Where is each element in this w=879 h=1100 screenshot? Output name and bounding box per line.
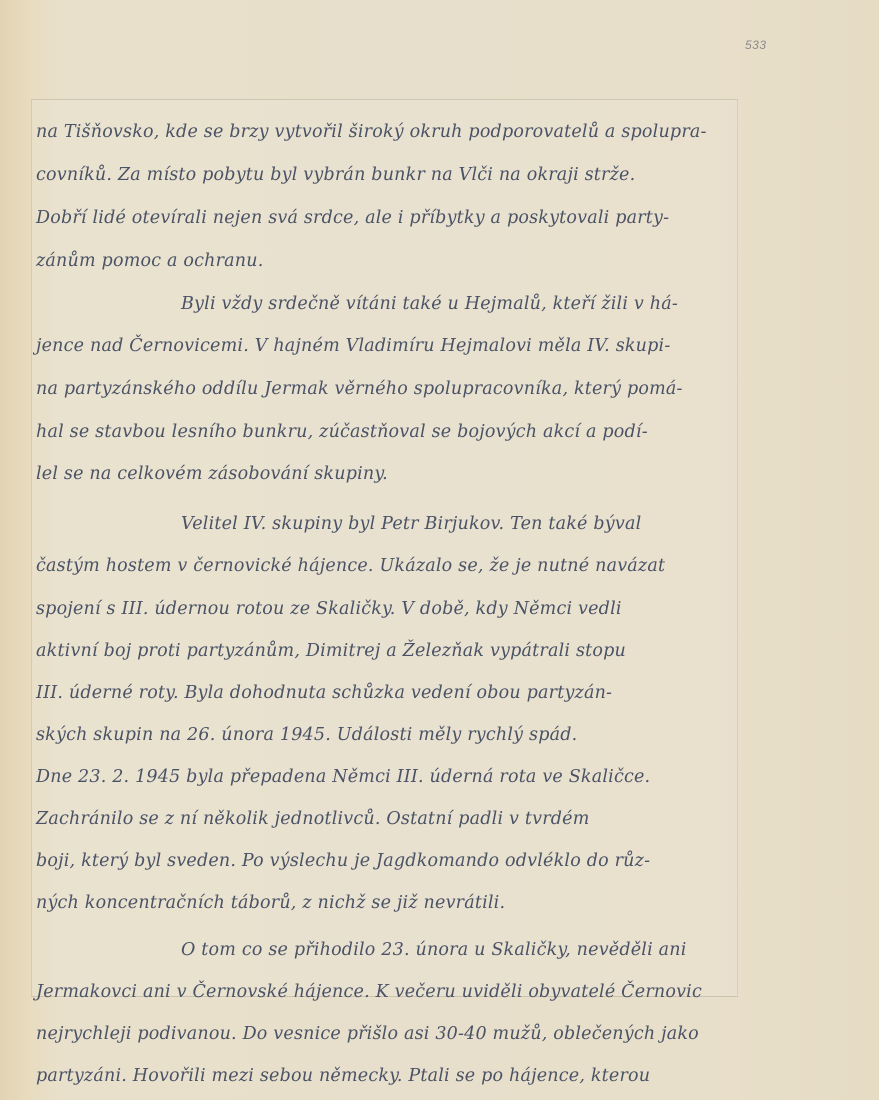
- text-line-7: na partyzánského oddílu Jermak věrného s…: [36, 377, 683, 401]
- text-line-23: partyzáni. Hovořili mezi sebou německy. …: [36, 1064, 650, 1088]
- text-line-19: ných koncentračních táborů, z nichž se j…: [36, 891, 505, 915]
- text-line-2: covníků. Za místo pobytu byl vybrán bunk…: [36, 163, 635, 187]
- text-line-11: častým hostem v černovické hájence. Ukáz…: [36, 554, 665, 578]
- text-line-4: zánům pomoc a ochranu.: [36, 249, 264, 273]
- page-number: 533: [745, 38, 767, 52]
- text-line-6: jence nad Černovicemi. V hajném Vladimír…: [36, 334, 670, 358]
- text-line-18: boji, který byl sveden. Po výslechu je J…: [36, 849, 650, 873]
- text-line-9: lel se na celkovém zásobování skupiny.: [36, 462, 388, 486]
- text-line-3: Dobří lidé otevírali nejen svá srdce, al…: [36, 206, 669, 230]
- text-line-20: O tom co se přihodilo 23. února u Skalič…: [36, 938, 687, 962]
- text-line-1: na Tišňovsko, kde se brzy vytvořil širok…: [36, 120, 707, 144]
- text-line-15: ských skupin na 26. února 1945. Události…: [36, 723, 577, 747]
- text-line-13: aktivní boj proti partyzánům, Dimitrej a…: [36, 639, 626, 663]
- text-line-22: nejrychleji podivanou. Do vesnice přišlo…: [36, 1022, 699, 1046]
- text-line-16: Dne 23. 2. 1945 byla přepadena Němci III…: [36, 765, 650, 789]
- text-line-14: III. úderné roty. Byla dohodnuta schůzka…: [36, 681, 612, 705]
- text-line-5: Byli vždy srdečně vítáni také u Hejmalů,…: [36, 292, 678, 316]
- text-line-10: Velitel IV. skupiny byl Petr Birjukov. T…: [36, 512, 641, 536]
- text-line-21: Jermakovci ani v Černovské hájence. K ve…: [36, 980, 702, 1004]
- text-line-17: Zachránilo se z ní několik jednotlivců. …: [36, 807, 590, 831]
- text-line-8: hal se stavbou lesního bunkru, zúčastňov…: [36, 420, 648, 444]
- text-line-12: spojení s III. údernou rotou ze Skaličky…: [36, 597, 622, 621]
